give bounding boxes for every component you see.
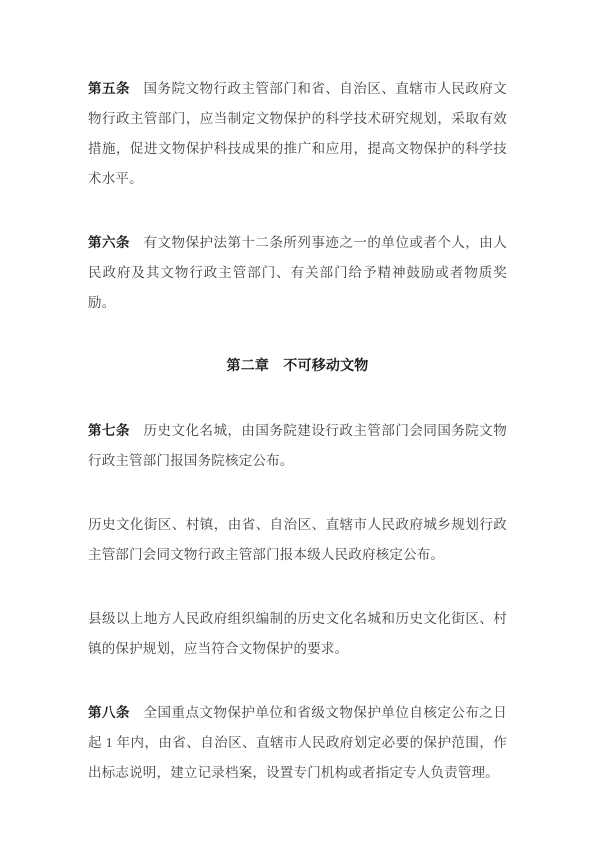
article-number: 第六条 [88,235,143,250]
article-paragraph-5: 第五条国务院文物行政主管部门和省、自治区、直辖市人民政府文物行政主管部门，应当制… [88,74,507,194]
paragraph-text: 历史文化名城，由国务院建设行政主管部门会同国务院文物行政主管部门报国务院核定公布… [88,423,507,468]
article-number: 第七条 [88,423,143,438]
body-paragraph: 县级以上地方人民政府组织编制的历史文化名城和历史文化街区、村镇的保护规划，应当符… [88,604,507,664]
paragraph-text: 国务院文物行政主管部门和省、自治区、直辖市人民政府文物行政主管部门，应当制定文物… [88,81,507,186]
chapter-heading: 第二章 不可移动文物 [88,352,507,382]
article-paragraph-8: 第八条全国重点文物保护单位和省级文物保护单位自核定公布之日起 1 年内，由省、自… [88,698,507,788]
article-paragraph-6: 第六条有文物保护法第十二条所列事迹之一的单位或者个人，由人民政府及其文物行政主管… [88,228,507,318]
document-page: 第五条国务院文物行政主管部门和省、自治区、直辖市人民政府文物行政主管部门，应当制… [0,0,595,841]
article-paragraph-7: 第七条历史文化名城，由国务院建设行政主管部门会同国务院文物行政主管部门报国务院核… [88,416,507,476]
article-number: 第五条 [88,81,143,96]
body-paragraph: 历史文化街区、村镇，由省、自治区、直辖市人民政府城乡规划行政主管部门会同文物行政… [88,510,507,570]
paragraph-text: 全国重点文物保护单位和省级文物保护单位自核定公布之日起 1 年内，由省、自治区、… [88,705,507,780]
paragraph-text: 有文物保护法第十二条所列事迹之一的单位或者个人，由人民政府及其文物行政主管部门、… [88,235,507,310]
article-number: 第八条 [88,705,143,720]
